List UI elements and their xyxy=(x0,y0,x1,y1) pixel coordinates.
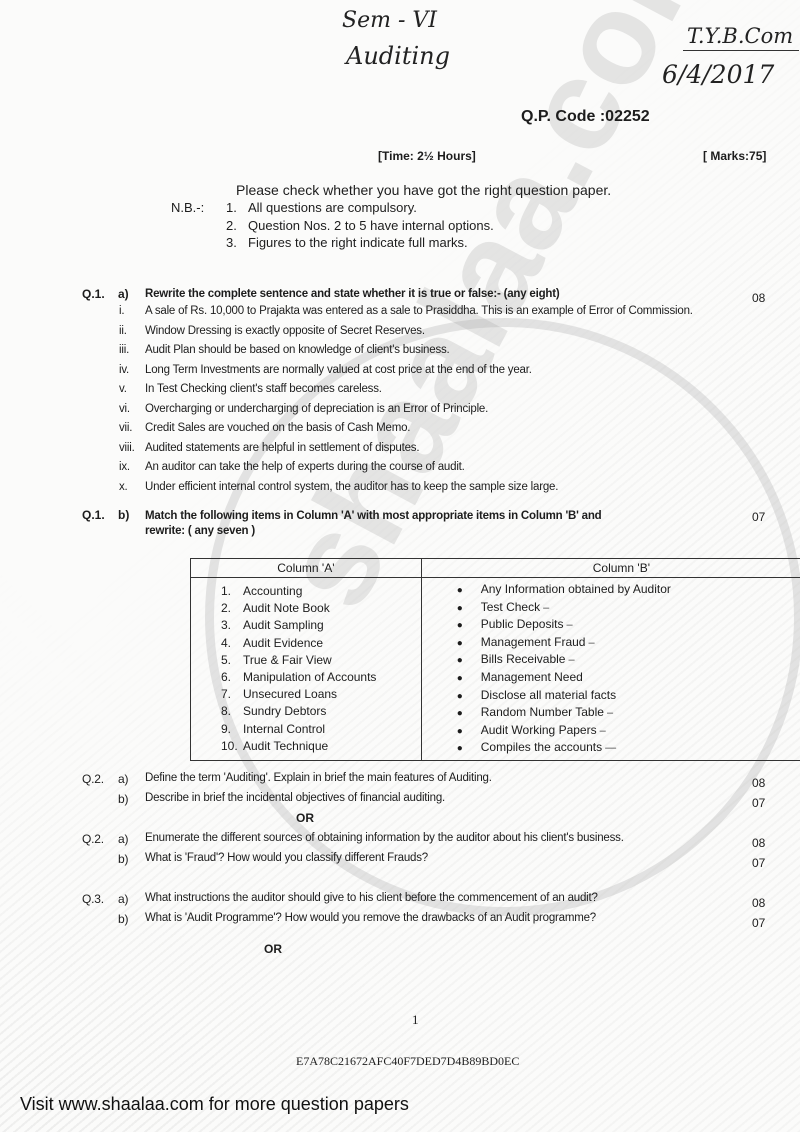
q3a-marks: 08 xyxy=(752,896,765,910)
statement-number: iii. xyxy=(119,344,129,356)
column-a-item-text: Audit Sampling xyxy=(243,618,324,632)
column-a-item: 10.Audit Technique xyxy=(192,738,420,755)
statement-number: viii. xyxy=(119,442,135,454)
column-a-header: Column 'A' xyxy=(191,559,422,578)
q2b-text: Describe in brief the incidental objecti… xyxy=(145,792,445,804)
column-a-item: 6.Manipulation of Accounts xyxy=(192,669,420,686)
column-a-item: 8.Sundry Debtors xyxy=(192,703,420,720)
handwritten-tick-mark: – xyxy=(543,602,549,614)
q2a-sub: a) xyxy=(118,772,128,786)
column-a-item-number: 2. xyxy=(221,600,243,617)
column-b-item: ●Any Information obtained by Auditor xyxy=(423,581,800,599)
statement-number: vi. xyxy=(119,403,130,415)
column-b-item-text: Any Information obtained by Auditor xyxy=(481,582,671,596)
q3a-text: What instructions the auditor should giv… xyxy=(145,892,598,904)
column-b-item: ●Disclose all material facts xyxy=(423,687,800,705)
q2-alt-label: Q.2. xyxy=(82,832,104,846)
column-b-item-text: Public Deposits xyxy=(481,617,564,631)
column-a-item-text: Audit Note Book xyxy=(243,601,330,615)
column-b-item-text: Compiles the accounts xyxy=(481,740,602,754)
q2a-marks: 08 xyxy=(752,776,765,790)
column-a-item-text: Unsecured Loans xyxy=(243,687,337,701)
column-b-item-text: Test Check xyxy=(481,600,540,614)
statement-text: Overcharging or undercharging of depreci… xyxy=(145,403,488,415)
column-b-item-text: Management Need xyxy=(481,670,583,684)
handwritten-tick-mark: – xyxy=(600,725,606,737)
q3-or: OR xyxy=(264,942,282,956)
q1a-heading: Rewrite the complete sentence and state … xyxy=(145,288,560,300)
match-table: Column 'A' Column 'B' 1.Accounting2.Audi… xyxy=(190,558,800,761)
handwritten-date: 6/4/2017 xyxy=(662,60,774,89)
statement-number: vii. xyxy=(119,422,132,434)
column-a-item-number: 5. xyxy=(221,652,243,669)
column-a-item-text: Audit Evidence xyxy=(243,636,323,650)
exam-time: [Time: 2½ Hours] xyxy=(378,149,476,163)
column-a-item: 2.Audit Note Book xyxy=(192,600,420,617)
bullet-icon: ● xyxy=(457,740,481,758)
qp-code: Q.P. Code :02252 xyxy=(521,108,650,126)
q1a-label: Q.1. xyxy=(82,287,105,301)
q3b-marks: 07 xyxy=(752,916,765,930)
column-b-item-text: Bills Receivable xyxy=(481,652,566,666)
statement-text: A sale of Rs. 10,000 to Prajakta was ent… xyxy=(145,305,693,317)
bullet-icon: ● xyxy=(457,670,481,688)
column-a-item-number: 10. xyxy=(221,738,243,755)
column-b-header: Column 'B' xyxy=(421,559,800,578)
q2b-marks: 07 xyxy=(752,796,765,810)
shaalaa-promo-link[interactable]: Visit www.shaalaa.com for more question … xyxy=(20,1094,409,1115)
column-b-item: ●Compiles the accounts— xyxy=(423,739,800,757)
q2-alt-a-marks: 08 xyxy=(752,836,765,850)
bullet-icon: ● xyxy=(457,600,481,618)
column-a-item-number: 9. xyxy=(221,721,243,738)
column-b-item-text: Random Number Table xyxy=(481,705,604,719)
q1b-heading-line2: rewrite: ( any seven ) xyxy=(145,525,255,537)
column-a-item-text: Accounting xyxy=(243,584,302,598)
q1a-sub: a) xyxy=(118,287,129,301)
q1a-marks: 08 xyxy=(752,291,765,305)
statement-number: ii. xyxy=(119,325,127,337)
bullet-icon: ● xyxy=(457,582,481,600)
paper-hash-code: E7A78C21672AFC40F7DED7D4B89BD0EC xyxy=(296,1054,519,1069)
q1b-sub: b) xyxy=(118,508,129,522)
column-b-item: ●Test Check– xyxy=(423,599,800,617)
column-a-item-number: 6. xyxy=(221,669,243,686)
statement-text: In Test Checking client's staff becomes … xyxy=(145,383,382,395)
column-a-item-text: Internal Control xyxy=(243,722,325,736)
handwritten-subject: Auditing xyxy=(346,42,450,70)
handwritten-course: T.Y.B.Com xyxy=(683,24,799,51)
handwritten-tick-mark: – xyxy=(607,707,613,719)
q2-alt-b-sub: b) xyxy=(118,852,128,866)
q3b-text: What is 'Audit Programme'? How would you… xyxy=(145,912,596,924)
q1b-heading-line1: Match the following items in Column 'A' … xyxy=(145,510,602,522)
column-a-item: 5.True & Fair View xyxy=(192,652,420,669)
page-number: 1 xyxy=(412,1012,419,1028)
column-a-item-text: True & Fair View xyxy=(243,653,332,667)
column-a-item-number: 4. xyxy=(221,635,243,652)
column-b-item: ●Bills Receivable– xyxy=(423,651,800,669)
handwritten-tick-mark: — xyxy=(605,742,616,754)
statement-number: i. xyxy=(119,305,124,317)
bullet-icon: ● xyxy=(457,635,481,653)
q2-label: Q.2. xyxy=(82,772,104,786)
column-a-item-number: 7. xyxy=(221,686,243,703)
column-a-item-number: 8. xyxy=(221,703,243,720)
statement-text: An auditor can take the help of experts … xyxy=(145,461,465,473)
statement-text: Audit Plan should be based on knowledge … xyxy=(145,344,450,356)
bullet-icon: ● xyxy=(457,723,481,741)
statement-text: Audited statements are helpful in settle… xyxy=(145,442,419,454)
nb-label: N.B.-: xyxy=(171,200,204,215)
bullet-icon: ● xyxy=(457,617,481,635)
q2-or: OR xyxy=(296,811,314,825)
column-b-item: ●Management Need xyxy=(423,669,800,687)
column-a-list: 1.Accounting2.Audit Note Book3.Audit Sam… xyxy=(192,581,420,757)
statement-text: Window Dressing is exactly opposite of S… xyxy=(145,325,425,337)
q2-alt-a-sub: a) xyxy=(118,832,128,846)
handwritten-tick-mark: – xyxy=(588,637,594,649)
q2b-sub: b) xyxy=(118,792,128,806)
statement-text: Long Term Investments are normally value… xyxy=(145,364,532,376)
q2-alt-a-text: Enumerate the different sources of obtai… xyxy=(145,832,624,844)
instruction-1: 1.All questions are compulsory. xyxy=(226,200,417,215)
column-b-item-text: Disclose all material facts xyxy=(481,688,616,702)
bullet-icon: ● xyxy=(457,688,481,706)
q3a-sub: a) xyxy=(118,892,128,906)
q3b-sub: b) xyxy=(118,912,128,926)
bullet-icon: ● xyxy=(457,705,481,723)
q2-alt-b-text: What is 'Fraud'? How would you classify … xyxy=(145,852,428,864)
column-b-item: ●Audit Working Papers– xyxy=(423,722,800,740)
handwritten-semester: Sem - VI xyxy=(342,8,437,33)
q1b-marks: 07 xyxy=(752,510,765,524)
column-b-item: ●Random Number Table– xyxy=(423,704,800,722)
exam-marks: [ Marks:75] xyxy=(703,149,766,163)
column-a-item: 4.Audit Evidence xyxy=(192,635,420,652)
column-a-item-text: Manipulation of Accounts xyxy=(243,670,376,684)
handwritten-tick-mark: – xyxy=(566,619,572,631)
check-paper-note: Please check whether you have got the ri… xyxy=(236,182,611,198)
column-a-item-number: 1. xyxy=(221,583,243,600)
column-a-item: 3.Audit Sampling xyxy=(192,617,420,634)
instruction-2: 2.Question Nos. 2 to 5 have internal opt… xyxy=(226,218,494,233)
instruction-3: 3.Figures to the right indicate full mar… xyxy=(226,235,468,250)
column-b-item-text: Management Fraud xyxy=(481,635,586,649)
statement-text: Under efficient internal control system,… xyxy=(145,481,558,493)
statement-number: ix. xyxy=(119,461,130,473)
column-a-item: 7.Unsecured Loans xyxy=(192,686,420,703)
statement-text: Credit Sales are vouched on the basis of… xyxy=(145,422,410,434)
q3-label: Q.3. xyxy=(82,892,104,906)
q2-alt-b-marks: 07 xyxy=(752,856,765,870)
column-a-item-number: 3. xyxy=(221,617,243,634)
q1b-label: Q.1. xyxy=(82,508,105,522)
column-b-item: ●Public Deposits– xyxy=(423,616,800,634)
column-a-item-text: Sundry Debtors xyxy=(243,704,326,718)
statement-number: iv. xyxy=(119,364,129,376)
column-b-item-text: Audit Working Papers xyxy=(481,723,597,737)
column-b-list: ●Any Information obtained by Auditor●Tes… xyxy=(423,579,800,759)
column-a-item: 1.Accounting xyxy=(192,583,420,600)
q2a-text: Define the term 'Auditing'. Explain in b… xyxy=(145,772,492,784)
statement-number: v. xyxy=(119,383,127,395)
column-a-item-text: Audit Technique xyxy=(243,739,328,753)
bullet-icon: ● xyxy=(457,652,481,670)
column-b-item: ●Management Fraud– xyxy=(423,634,800,652)
column-a-item: 9.Internal Control xyxy=(192,721,420,738)
handwritten-tick-mark: – xyxy=(568,654,574,666)
statement-number: x. xyxy=(119,481,128,493)
